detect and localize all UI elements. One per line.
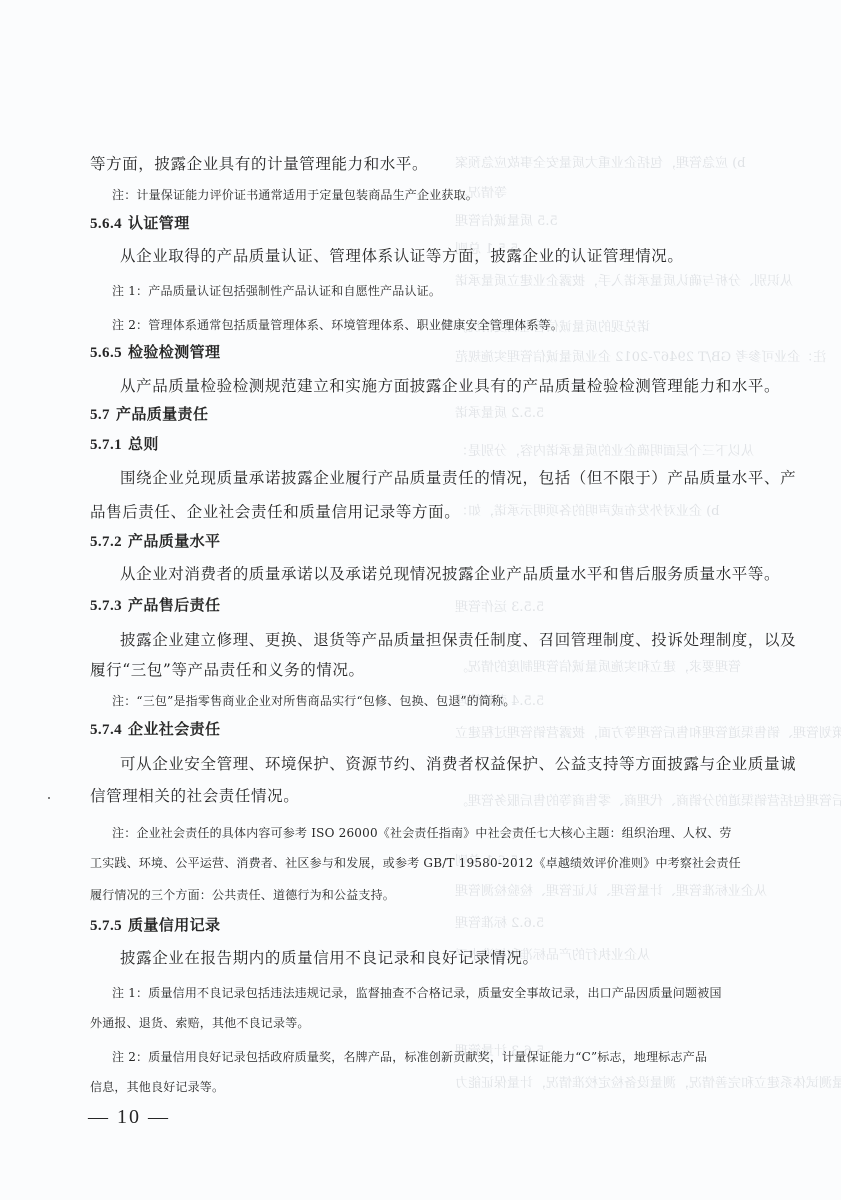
note-line: 外通报、退货、索赔，其他不良记录等。 [90,1014,310,1031]
section-heading-5-7-5: 5.7.5质量信用记录 [90,914,220,935]
section-title: 认证管理 [128,214,190,232]
section-heading-5-7-1: 5.7.1总则 [90,433,159,454]
section-heading-5-7-3: 5.7.3产品售后责任 [90,594,220,615]
section-number: 5.6.5 [90,345,122,361]
bleed-through-text: 5.5.2 质量承诺 [455,402,544,421]
paragraph-line: 披露企业在报告期内的质量信用不良记录和良好记录情况。 [120,946,539,968]
section-heading-5-7-2: 5.7.2产品质量水平 [90,530,220,551]
bleed-through-text: 从企业计量测试体系建立和完善情况，测量设备检定校准情况，计量保证能力 [455,1072,841,1091]
note-line: 注 2：管理体系通常包括质量管理体系、环境管理体系、职业健康安全管理体系等。 [112,316,563,333]
section-title: 总则 [128,435,159,453]
bleed-through-text: 注：售后管理包括营销渠道的分销商、代理商、零售商等的售后服务管理。 [455,790,841,809]
section-number: 5.7.4 [90,722,122,738]
note-line: 注：企业社会责任的具体内容可参考 ISO 26000《社会责任指南》中社会责任七… [112,824,732,841]
paragraph-line: 披露企业建立修理、更换、退货等产品质量担保责任制度、召回管理制度、投诉处理制度，… [120,628,796,650]
scan-speck [48,797,50,799]
bleed-through-text: b) 企业对外发布或声明的各项明示承诺，如： [455,500,720,519]
note-line: 注 1：质量信用不良记录包括违法违规记录，监督抽查不合格记录，质量安全事故记录，… [112,984,722,1001]
document-page: b) 应急管理，包括企业重大质量安全事故应急预案 等情况。 5.5 质量诚信管理… [0,0,841,1200]
paragraph-line: 从企业取得的产品质量认证、管理体系认证等方面，披露企业的认证管理情况。 [120,244,684,266]
note-line: 注 1：产品质量认证包括强制性产品认证和自愿性产品认证。 [112,282,441,299]
paragraph-line: 信管理相关的社会责任情况。 [90,784,299,806]
section-title: 企业社会责任 [128,720,220,738]
bleed-through-text: 从以下三个层面明确企业的质量承诺内容，分别是： [455,440,754,459]
section-heading-5-6-5: 5.6.5检验检测管理 [90,341,220,362]
section-title: 产品质量水平 [128,532,220,550]
section-heading-5-7: 5.7产品质量责任 [90,403,208,424]
bleed-through-text: b) 应急管理，包括企业重大质量安全事故应急预案 [455,152,746,171]
section-number: 5.7.2 [90,534,122,550]
section-heading-5-6-4: 5.6.4认证管理 [90,212,190,233]
page-number: — 10 — [88,1106,170,1129]
bleed-through-text: 从企业标准管理、计量管理、认证管理、检验检测管理 [455,880,767,899]
section-heading-5-7-4: 5.7.4企业社会责任 [90,718,220,739]
bleed-through-text: 5.5 质量诚信管理 [455,210,558,229]
section-number: 5.7 [90,407,110,423]
bleed-through-text: 从识别、分析与确认质量承诺入手，披露企业建立质量承诺 [455,270,793,289]
section-number: 5.6.4 [90,216,122,232]
paragraph-line: 品售后责任、企业社会责任和质量信用记录等方面。 [90,500,460,522]
bleed-through-text: 5.5.3 运作管理 [455,596,544,615]
paragraph-line: 从产品质量检验检测规范建立和实施方面披露企业具有的产品质量检验检测管理能力和水平… [120,374,780,396]
section-title: 质量信用记录 [128,916,220,934]
note-line: 注：“三包”是指零售商业企业对所售商品实行“包修、包换、包退”的简称。 [112,692,516,709]
bleed-through-text: 5.6.2 标准管理 [455,912,544,931]
paragraph-line: 等方面，披露企业具有的计量管理能力和水平。 [90,152,428,174]
paragraph-line: 履行“三包”等产品责任和义务的情况。 [90,658,365,680]
bleed-through-text: 管理要求，建立和实施质量诚信管理制度的情况。 [455,656,741,675]
section-number: 5.7.1 [90,437,122,453]
section-title: 产品质量责任 [116,405,208,423]
paragraph-line: 从企业对消费者的质量承诺以及承诺兑现情况披露企业产品质量水平和售后服务质量水平等… [120,562,780,584]
bleed-through-text: 从营销策划管理、销售渠道管理和售后管理等方面，披露营销管理过程建立 [455,722,841,741]
section-title: 检验检测管理 [128,343,220,361]
note-line: 注：计量保证能力评价证书通常适用于定量包装商品生产企业获取。 [112,186,478,203]
paragraph-line: 围绕企业兑现质量承诺披露企业履行产品质量责任的情况，包括（但不限于）产品质量水平… [120,466,796,488]
section-title: 产品售后责任 [128,596,220,614]
section-number: 5.7.3 [90,598,122,614]
note-line: 工实践、环境、公平运营、消费者、社区参与和发展，或参考 GB/T 19580-2… [90,854,741,871]
bleed-through-text: 注：企业可参考 GB/T 29467-2012 企业质量诚信管理实施规范 [455,346,826,365]
note-line: 履行情况的三个方面：公共责任、道德行为和公益支持。 [90,886,395,903]
section-number: 5.7.5 [90,918,122,934]
note-line: 信息，其他良好记录等。 [90,1078,224,1095]
paragraph-line: 可从企业安全管理、环境保护、资源节约、消费者权益保护、公益支持等方面披露与企业质… [120,752,796,774]
note-line: 注 2：质量信用良好记录包括政府质量奖，名牌产品，标准创新贡献奖，计量保证能力“… [112,1048,707,1065]
